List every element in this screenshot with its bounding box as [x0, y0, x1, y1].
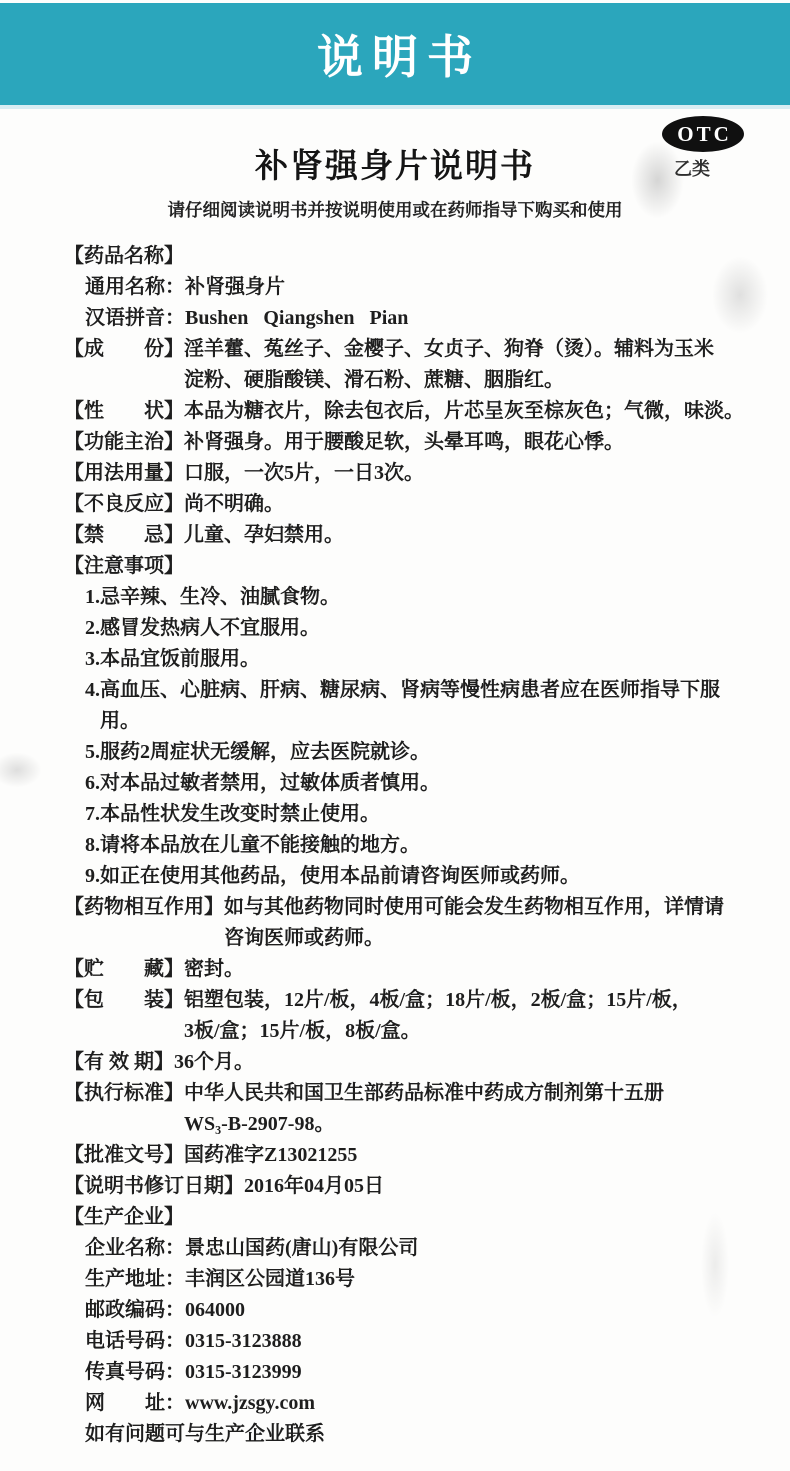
company-website-row: 网 址： www.jzsgy.com — [85, 1388, 762, 1419]
company-phone-label: 电话号码： — [85, 1326, 185, 1357]
packaging-line1: 铝塑包装，12片/板，4板/盒；18片/板，2板/盒；15片/板， — [184, 985, 762, 1016]
section-storage-label: 【贮 藏】 — [64, 954, 184, 985]
section-approval-text: 国药准字Z13021255 — [184, 1140, 762, 1171]
section-properties: 【性 状】 本品为糖衣片，除去包衣后，片芯呈灰至棕灰色；气微，味淡。 — [64, 396, 762, 427]
generic-name-label: 通用名称： — [85, 272, 185, 303]
section-indications: 【功能主治】 补肾强身。用于腰酸足软，头晕耳鸣，眼花心悸。 — [64, 427, 762, 458]
precaution-num: 7. — [85, 799, 100, 830]
precaution-text: 感冒发热病人不宜服用。 — [100, 613, 762, 644]
precaution-item: 9. 如正在使用其他药品，使用本品前请咨询医师或药师。 — [85, 861, 762, 892]
company-fax-row: 传真号码： 0315-3123999 — [85, 1357, 762, 1388]
section-indications-label: 【功能主治】 — [64, 427, 184, 458]
leaflet-body: 【药品名称】 通用名称： 补肾强身片 汉语拼音： Bushen Qiangshe… — [64, 241, 762, 1450]
company-zip-value: 064000 — [185, 1295, 245, 1326]
section-packaging: 【包 装】 铝塑包装，12片/板，4板/盒；18片/板，2板/盒；15片/板， … — [64, 985, 762, 1047]
company-fax-label: 传真号码： — [85, 1357, 185, 1388]
precaution-text: 本品性状发生改变时禁止使用。 — [100, 799, 762, 830]
section-drug-name: 【药品名称】 — [64, 241, 762, 272]
precaution-text: 忌辛辣、生冷、油腻食物。 — [100, 582, 762, 613]
contact-note: 如有问题可与生产企业联系 — [85, 1419, 762, 1450]
precaution-num: 4. — [85, 675, 100, 737]
company-address-value: 丰润区公园道136号 — [185, 1264, 355, 1295]
section-storage-text: 密封。 — [184, 954, 762, 985]
precaution-item: 2. 感冒发热病人不宜服用。 — [85, 613, 762, 644]
section-packaging-label: 【包 装】 — [64, 985, 184, 1016]
section-ingredients-label: 【成 份】 — [64, 334, 184, 365]
section-contraindications-text: 儿童、孕妇禁用。 — [184, 520, 762, 551]
section-precautions-label: 【注意事项】 — [64, 551, 184, 582]
section-standard-label: 【执行标准】 — [64, 1078, 184, 1109]
section-adverse-label: 【不良反应】 — [64, 489, 184, 520]
precaution-num: 1. — [85, 582, 100, 613]
pinyin-label: 汉语拼音： — [85, 303, 185, 334]
precaution-item: 3. 本品宜饭前服用。 — [85, 644, 762, 675]
section-interactions-text: 如与其他药物同时使用可能会发生药物相互作用，详情请 咨询医师或药师。 — [224, 892, 762, 954]
leaflet-page: 说明书 OTC 乙类 补肾强身片说明书 请仔细阅读说明书并按说明使用或在药师指导… — [0, 0, 790, 1471]
precaution-line2: 用。 — [100, 706, 762, 737]
pinyin-value: Bushen Qiangshen Pian — [185, 303, 408, 334]
company-website-value: www.jzsgy.com — [185, 1388, 315, 1419]
section-validity: 【有 效 期】 36个月。 — [64, 1047, 762, 1078]
precaution-item: 5. 服药2周症状无缓解，应去医院就诊。 — [85, 737, 762, 768]
company-name-row: 企业名称： 景忠山国药(唐山)有限公司 — [85, 1233, 762, 1264]
section-dosage: 【用法用量】 口服，一次5片，一日3次。 — [64, 458, 762, 489]
precaution-num: 5. — [85, 737, 100, 768]
precaution-num: 8. — [85, 830, 100, 861]
section-adverse-text: 尚不明确。 — [184, 489, 762, 520]
section-adverse: 【不良反应】 尚不明确。 — [64, 489, 762, 520]
precaution-num: 9. — [85, 861, 100, 892]
company-fax-value: 0315-3123999 — [185, 1357, 302, 1388]
precaution-item: 4. 高血压、心脏病、肝病、糖尿病、肾病等慢性病患者应在医师指导下服 用。 — [85, 675, 762, 737]
ingredients-line1: 淫羊藿、菟丝子、金樱子、女贞子、狗脊（烫）。辅料为玉米 — [184, 334, 762, 365]
section-revision-date: 【说明书修订日期】 2016年04月05日 — [64, 1171, 762, 1202]
pinyin-row: 汉语拼音： Bushen Qiangshen Pian — [85, 303, 762, 334]
section-revision-date-label: 【说明书修订日期】 — [64, 1171, 244, 1202]
precautions-list: 1. 忌辛辣、生冷、油腻食物。 2. 感冒发热病人不宜服用。 3. 本品宜饭前服… — [85, 582, 762, 892]
company-name-value: 景忠山国药(唐山)有限公司 — [185, 1233, 418, 1264]
banner-title: 说明书 — [308, 21, 482, 87]
section-ingredients: 【成 份】 淫羊藿、菟丝子、金樱子、女贞子、狗脊（烫）。辅料为玉米 淀粉、硬脂酸… — [64, 334, 762, 396]
section-manufacturer: 【生产企业】 — [64, 1202, 762, 1233]
precaution-text: 服药2周症状无缓解，应去医院就诊。 — [100, 737, 762, 768]
page-title: 补肾强身片说明书 — [0, 140, 790, 187]
section-interactions-label: 【药物相互作用】 — [64, 892, 224, 923]
company-zip-label: 邮政编码： — [85, 1295, 185, 1326]
precaution-text: 请将本品放在儿童不能接触的地方。 — [100, 830, 762, 861]
scan-artifact — [0, 745, 52, 795]
section-precautions: 【注意事项】 — [64, 551, 762, 582]
page-subtitle: 请仔细阅读说明书并按说明使用或在药师指导下购买和使用 — [0, 197, 790, 222]
section-storage: 【贮 藏】 密封。 — [64, 954, 762, 985]
section-interactions: 【药物相互作用】 如与其他药物同时使用可能会发生药物相互作用，详情请 咨询医师或… — [64, 892, 762, 954]
section-indications-text: 补肾强身。用于腰酸足软，头晕耳鸣，眼花心悸。 — [184, 427, 762, 458]
company-zip-row: 邮政编码： 064000 — [85, 1295, 762, 1326]
section-packaging-text: 铝塑包装，12片/板，4板/盒；18片/板，2板/盒；15片/板， 3板/盒；1… — [184, 985, 762, 1047]
section-validity-text: 36个月。 — [174, 1047, 762, 1078]
precaution-text: 对本品过敏者禁用，过敏体质者慎用。 — [100, 768, 762, 799]
section-standard: 【执行标准】 中华人民共和国卫生部药品标准中药成方制剂第十五册 WS₃-B-29… — [64, 1078, 762, 1140]
company-phone-row: 电话号码： 0315-3123888 — [85, 1326, 762, 1357]
precaution-num: 3. — [85, 644, 100, 675]
section-properties-label: 【性 状】 — [64, 396, 184, 427]
standard-line1: 中华人民共和国卫生部药品标准中药成方制剂第十五册 — [184, 1078, 762, 1109]
precaution-item: 7. 本品性状发生改变时禁止使用。 — [85, 799, 762, 830]
precaution-line1: 高血压、心脏病、肝病、糖尿病、肾病等慢性病患者应在医师指导下服 — [100, 675, 762, 706]
section-contraindications: 【禁 忌】 儿童、孕妇禁用。 — [64, 520, 762, 551]
section-properties-text: 本品为糖衣片，除去包衣后，片芯呈灰至棕灰色；气微，味淡。 — [184, 396, 762, 427]
packaging-line2: 3板/盒；15片/板，8板/盒。 — [184, 1016, 762, 1047]
precaution-num: 6. — [85, 768, 100, 799]
section-approval: 【批准文号】 国药准字Z13021255 — [64, 1140, 762, 1171]
section-approval-label: 【批准文号】 — [64, 1140, 184, 1171]
precaution-text: 本品宜饭前服用。 — [100, 644, 762, 675]
generic-name-row: 通用名称： 补肾强身片 — [85, 272, 762, 303]
precaution-item: 1. 忌辛辣、生冷、油腻食物。 — [85, 582, 762, 613]
generic-name-value: 补肾强身片 — [185, 272, 285, 303]
banner: 说明书 — [0, 3, 790, 109]
standard-line2: WS₃-B-2907-98。 — [184, 1109, 762, 1140]
section-revision-date-text: 2016年04月05日 — [244, 1171, 762, 1202]
company-website-label: 网 址： — [85, 1388, 185, 1419]
company-address-label: 生产地址： — [85, 1264, 185, 1295]
precaution-item: 8. 请将本品放在儿童不能接触的地方。 — [85, 830, 762, 861]
company-phone-value: 0315-3123888 — [185, 1326, 302, 1357]
company-name-label: 企业名称： — [85, 1233, 185, 1264]
interactions-line1: 如与其他药物同时使用可能会发生药物相互作用，详情请 — [224, 892, 762, 923]
precaution-num: 2. — [85, 613, 100, 644]
interactions-line2: 咨询医师或药师。 — [224, 923, 762, 954]
section-validity-label: 【有 效 期】 — [64, 1047, 174, 1078]
company-address-row: 生产地址： 丰润区公园道136号 — [85, 1264, 762, 1295]
precaution-text: 如正在使用其他药品，使用本品前请咨询医师或药师。 — [100, 861, 762, 892]
section-contraindications-label: 【禁 忌】 — [64, 520, 184, 551]
precaution-item: 6. 对本品过敏者禁用，过敏体质者慎用。 — [85, 768, 762, 799]
ingredients-line2: 淀粉、硬脂酸镁、滑石粉、蔗糖、胭脂红。 — [184, 365, 762, 396]
section-dosage-text: 口服，一次5片，一日3次。 — [184, 458, 762, 489]
section-dosage-label: 【用法用量】 — [64, 458, 184, 489]
precaution-text: 高血压、心脏病、肝病、糖尿病、肾病等慢性病患者应在医师指导下服 用。 — [100, 675, 762, 737]
section-ingredients-text: 淫羊藿、菟丝子、金樱子、女贞子、狗脊（烫）。辅料为玉米 淀粉、硬脂酸镁、滑石粉、… — [184, 334, 762, 396]
section-drug-name-label: 【药品名称】 — [64, 241, 184, 272]
section-manufacturer-label: 【生产企业】 — [64, 1202, 184, 1233]
section-standard-text: 中华人民共和国卫生部药品标准中药成方制剂第十五册 WS₃-B-2907-98。 — [184, 1078, 762, 1140]
